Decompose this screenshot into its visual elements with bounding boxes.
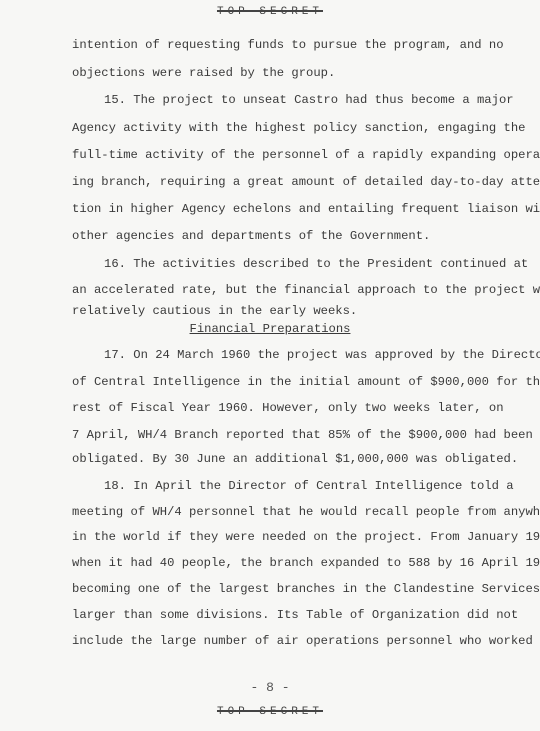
paragraph-15-start: 15. The project to unseat Castro had thu… [104, 93, 514, 107]
paragraph-18-start: 18. In April the Director of Central Int… [104, 479, 514, 493]
text-line: meeting of WH/4 personnel that he would … [72, 505, 540, 519]
text-line: of Central Intelligence in the initial a… [72, 375, 540, 389]
text-line: in the world if they were needed on the … [72, 530, 540, 544]
text-line: ing branch, requiring a great amount of … [72, 175, 540, 189]
text-line: objections were raised by the group. [72, 66, 335, 80]
paragraph-17-start: 17. On 24 March 1960 the project was app… [104, 348, 540, 362]
text-line: Agency activity with the highest policy … [72, 121, 525, 135]
text-line: tion in higher Agency echelons and entai… [72, 202, 540, 216]
document-page: TOP SECRET intention of requesting funds… [0, 0, 540, 731]
text-line: an accelerated rate, but the financial a… [72, 283, 540, 297]
section-heading: Financial Preparations [0, 322, 540, 336]
text-line: larger than some divisions. Its Table of… [72, 608, 518, 622]
classification-footer: TOP SECRET [0, 706, 540, 718]
paragraph-16-start: 16. The activities described to the Pres… [104, 257, 528, 271]
text-line: obligated. By 30 June an additional $1,0… [72, 452, 518, 466]
text-line: rest of Fiscal Year 1960. However, only … [72, 401, 504, 415]
text-line: intention of requesting funds to pursue … [72, 38, 504, 52]
text-line: 7 April, WH/4 Branch reported that 85% o… [72, 428, 533, 442]
text-line: other agencies and departments of the Go… [72, 229, 430, 243]
text-line: when it had 40 people, the branch expand… [72, 556, 540, 570]
text-line: becoming one of the largest branches in … [72, 582, 540, 596]
text-line: relatively cautious in the early weeks. [72, 304, 357, 318]
classification-header: TOP SECRET [0, 6, 540, 18]
text-line: include the large number of air operatio… [72, 634, 533, 648]
page-number: - 8 - [0, 680, 540, 695]
text-line: full-time activity of the personnel of a… [72, 148, 540, 162]
